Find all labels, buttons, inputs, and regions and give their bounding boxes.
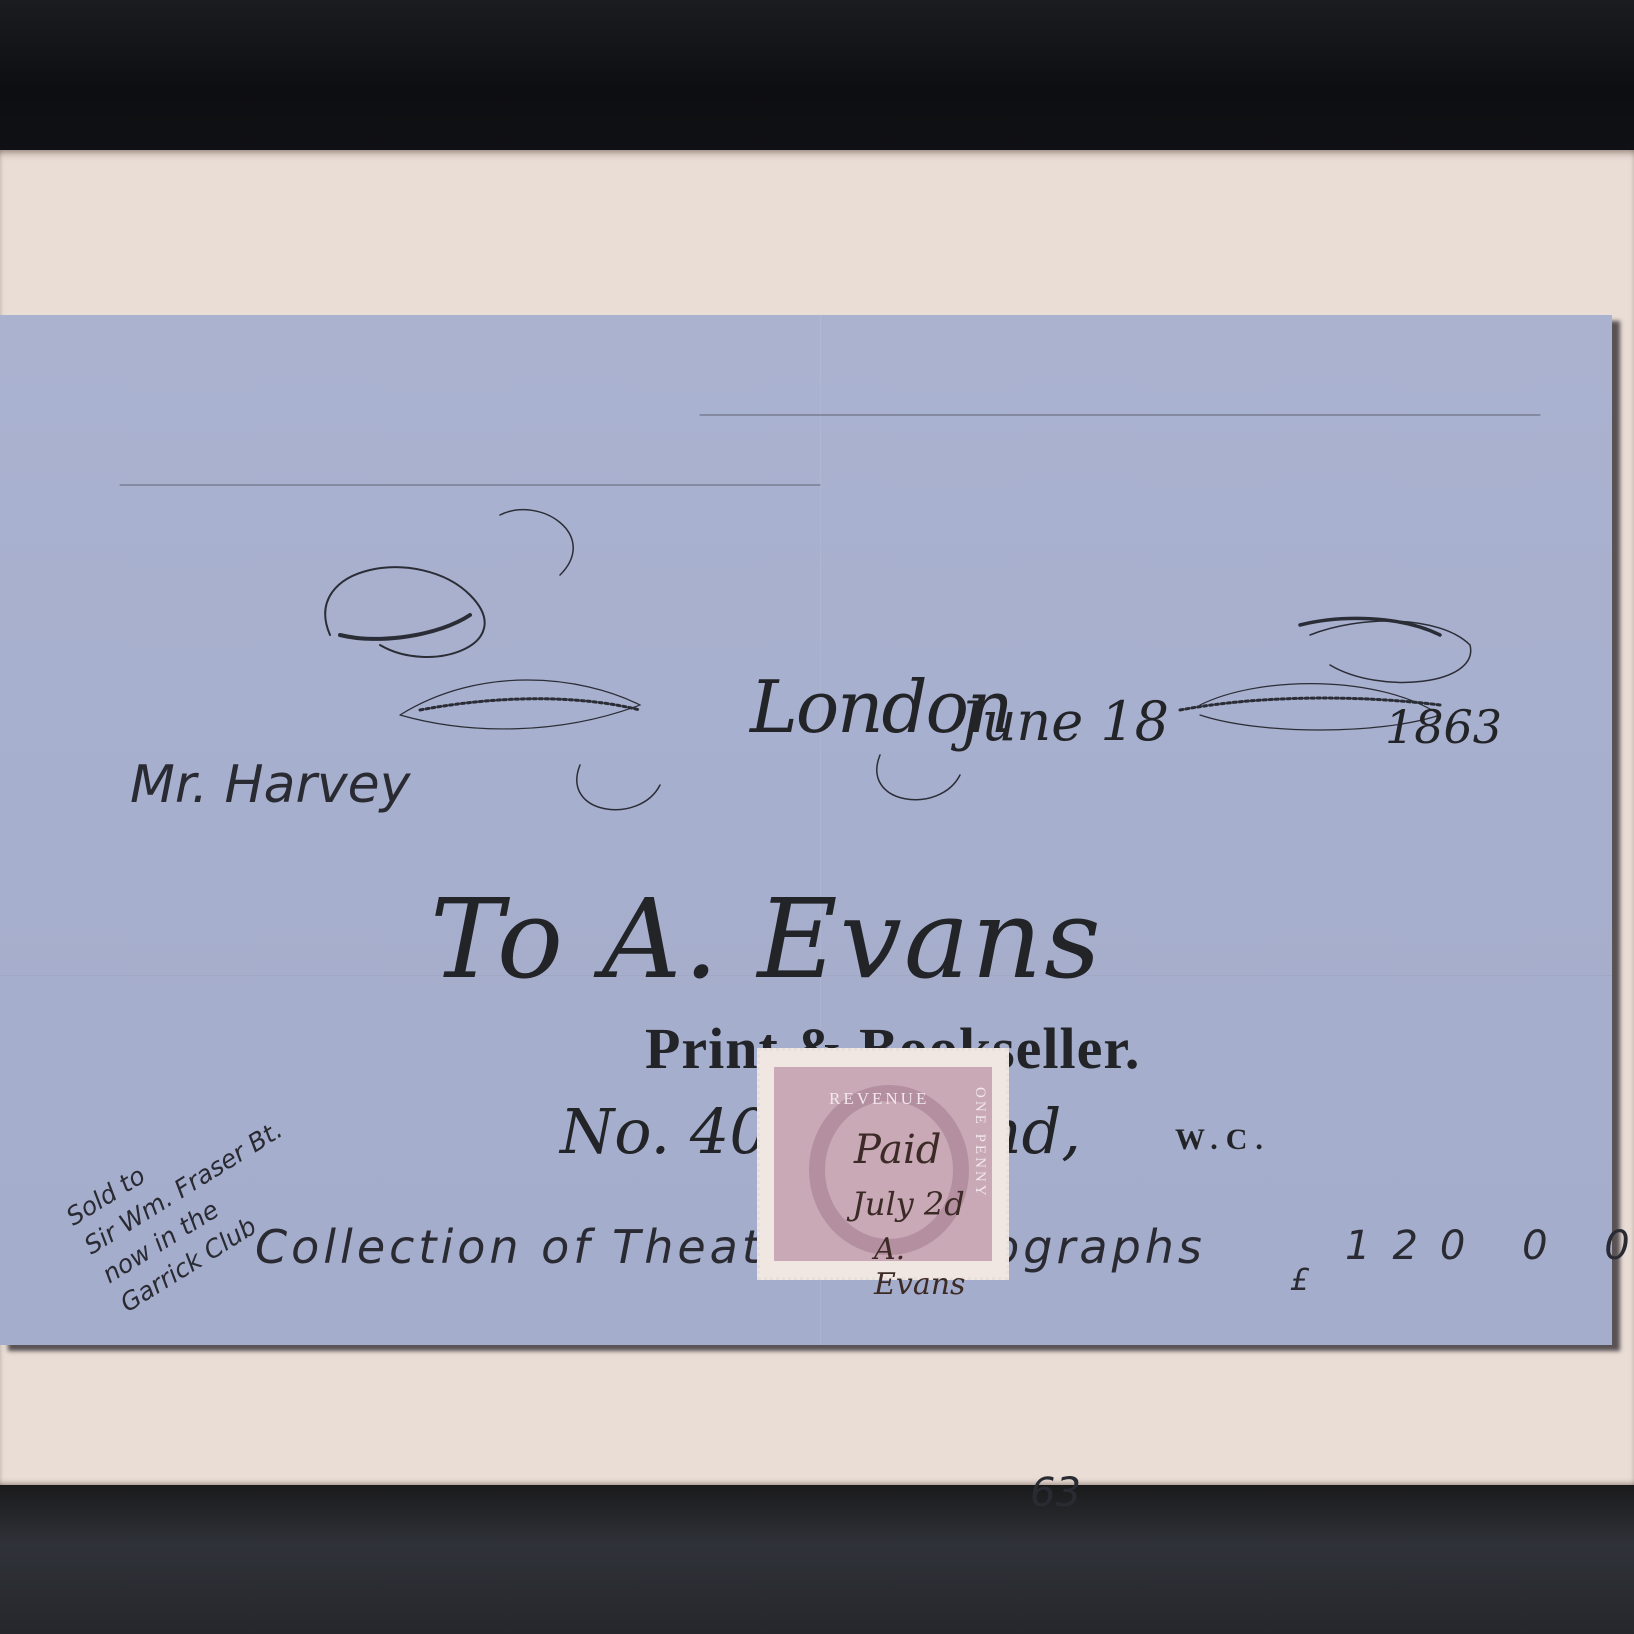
stamp-face: REVENUE ONE PENNY Paid July 2d A. Evans xyxy=(774,1067,992,1261)
billhead-paper: London June 18 1863 Mr. Harvey To A. Eva… xyxy=(0,315,1612,1345)
picture-frame-bottom xyxy=(0,1485,1634,1634)
line-item-description: Collection of Theatrical Autographs xyxy=(255,1220,1206,1274)
line-item-amount: 120 0 0 xyxy=(1345,1223,1634,1269)
stamp-date-annotation: July 2d xyxy=(852,1185,965,1223)
paid-year: 63 xyxy=(1030,1470,1081,1516)
recipient-name: Mr. Harvey xyxy=(130,755,410,815)
stamp-denomination: ONE PENNY xyxy=(971,1087,988,1199)
date-year: 1863 xyxy=(1385,700,1502,754)
line-item-currency: £ xyxy=(1290,1263,1309,1298)
date-month-day: June 18 xyxy=(960,690,1169,753)
picture-frame-top xyxy=(0,0,1634,150)
stamp-paid-annotation: Paid xyxy=(854,1127,941,1173)
merchant-name: To A. Evans xyxy=(430,875,1103,1003)
margin-note: Sold to Sir Wm. Fraser Bt. now in the Ga… xyxy=(60,1067,353,1320)
postal-district: W.C. xyxy=(1175,1123,1271,1157)
stamp-signature: A. Evans xyxy=(874,1232,992,1302)
revenue-stamp: REVENUE ONE PENNY Paid July 2d A. Evans xyxy=(757,1048,1009,1280)
stamp-title: REVENUE xyxy=(829,1089,929,1109)
